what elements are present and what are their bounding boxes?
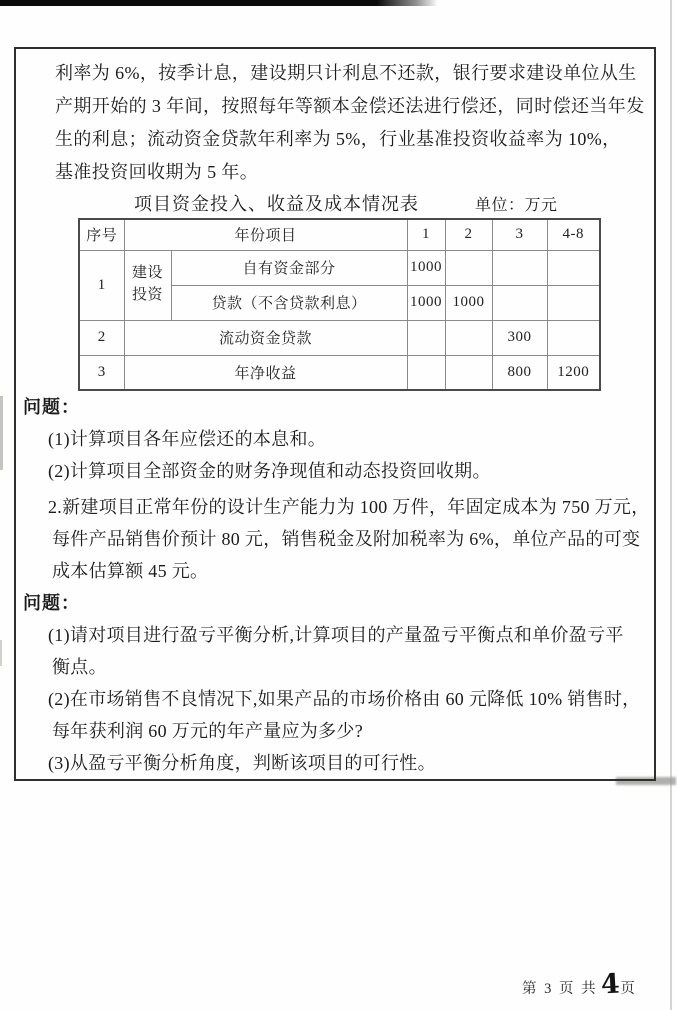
scan-artifact-top-band (0, 0, 438, 6)
cell-seq: 1 (79, 250, 124, 320)
table-row-net-income: 3 年净收益 800 1200 (79, 355, 600, 390)
cell-value (445, 320, 492, 355)
header-year: 3 (492, 219, 547, 250)
cell-value (407, 355, 445, 390)
scan-artifact-left-smudge (0, 396, 3, 470)
cell-value (407, 320, 445, 355)
cell-item-name: 流动资金贷款 (124, 320, 407, 355)
footer-suffix: 页 (620, 977, 637, 998)
question-item: (2)在市场销售不良情况下,如果产品的市场价格由 60 元降低 10% 销售时， (48, 683, 654, 715)
table-title-row: 项目资金投入、收益及成本情况表 单位：万元 (134, 190, 654, 216)
header-year: 1 (407, 219, 445, 250)
text-line: 产期开始的 3 年间，按照每年等额本金偿还法进行偿还，同时偿还当年发 (55, 90, 654, 123)
question2-section: 问题： (1)请对项目进行盈亏平衡分析,计算项目的产量盈亏平衡点和单价盈亏平 衡… (16, 587, 654, 779)
cell-value (547, 320, 600, 355)
scanned-document-page: 利率为 6%，按季计息，建设期只计利息不还款，银行要求建设单位从生 产期开始的 … (0, 0, 677, 1010)
cell-value: 1200 (547, 355, 600, 390)
question-item: (1)请对项目进行盈亏平衡分析,计算项目的产量盈亏平衡点和单价盈亏平 (48, 619, 654, 651)
cell-item-name: 年净收益 (124, 355, 407, 390)
cell-value: 1000 (445, 285, 492, 320)
header-year: 4-8 (547, 219, 600, 250)
cell-seq: 3 (79, 355, 124, 390)
question-label: 问题： (23, 391, 654, 423)
cell-value (547, 285, 600, 320)
cell-item-name: 自有资金部分 (171, 250, 407, 285)
cell-value (445, 250, 492, 285)
text-line: 基准投资回收期为 5 年。 (55, 156, 654, 189)
cell-item-name: 贷款（不含贷款利息） (171, 285, 407, 320)
table-unit-label: 单位：万元 (475, 192, 558, 215)
table-row-construction-equity: 1 建设投资 自有资金部分 1000 (79, 250, 600, 285)
footer-handwritten-total: 4 (600, 975, 620, 996)
scan-artifact-right-edge (670, 0, 672, 1010)
document-border-box: 利率为 6%，按季计息，建设期只计利息不还款，银行要求建设单位从生 产期开始的 … (14, 47, 656, 781)
intro-paragraph: 利率为 6%，按季计息，建设期只计利息不还款，银行要求建设单位从生 产期开始的 … (16, 57, 654, 189)
question-item-continuation: 衡点。 (52, 651, 654, 683)
text-line: 2.新建项目正常年份的设计生产能力为 100 万件，年固定成本为 750 万元， (48, 491, 654, 523)
header-seq: 序号 (79, 219, 124, 250)
cell-value: 1000 (407, 250, 445, 285)
table-title: 项目资金投入、收益及成本情况表 (134, 190, 419, 216)
cell-value (547, 250, 600, 285)
question-item: (3)从盈亏平衡分析角度，判断该项目的可行性。 (48, 747, 654, 779)
problem2-paragraph: 2.新建项目正常年份的设计生产能力为 100 万件，年固定成本为 750 万元，… (16, 491, 654, 587)
question-item: (1)计算项目各年应偿还的本息和。 (48, 423, 654, 455)
text-line: 利率为 6%，按季计息，建设期只计利息不还款，银行要求建设单位从生 (55, 57, 654, 90)
project-fund-table: 序号 年份项目 1 2 3 4-8 1 建设投资 自有资金部分 1000 贷款（… (78, 218, 601, 391)
question-item-continuation: 每年获利润 60 万元的年产量应为多少? (52, 715, 654, 747)
footer-prefix: 第 3 页 共 (522, 977, 598, 998)
text-line: 生的利息；流动资金贷款年利率为 5%，行业基准投资收益率为 10%， (55, 123, 654, 156)
cell-value (492, 285, 547, 320)
cell-value: 300 (492, 320, 547, 355)
text-line: 成本估算额 45 元。 (52, 555, 654, 587)
table-row-working-capital: 2 流动资金贷款 300 (79, 320, 600, 355)
cell-value (492, 250, 547, 285)
cell-group-label: 建设投资 (124, 250, 171, 320)
question1-section: 问题： (1)计算项目各年应偿还的本息和。 (2)计算项目全部资金的财务净现值和… (16, 391, 654, 487)
cell-value (445, 355, 492, 390)
scan-artifact-left-smudge (0, 640, 2, 666)
page-footer: 第 3 页 共 4 页 (522, 971, 672, 1003)
header-item: 年份项目 (124, 219, 407, 250)
text-line: 每件产品销售价预计 80 元，销售税金及附加税率为 6%，单位产品的可变 (52, 523, 654, 555)
cell-value: 800 (492, 355, 547, 390)
question-label: 问题： (23, 587, 654, 619)
cell-value: 1000 (407, 285, 445, 320)
header-year: 2 (445, 219, 492, 250)
question-item: (2)计算项目全部资金的财务净现值和动态投资回收期。 (48, 455, 654, 487)
cell-seq: 2 (79, 320, 124, 355)
table-header-row: 序号 年份项目 1 2 3 4-8 (79, 219, 600, 250)
